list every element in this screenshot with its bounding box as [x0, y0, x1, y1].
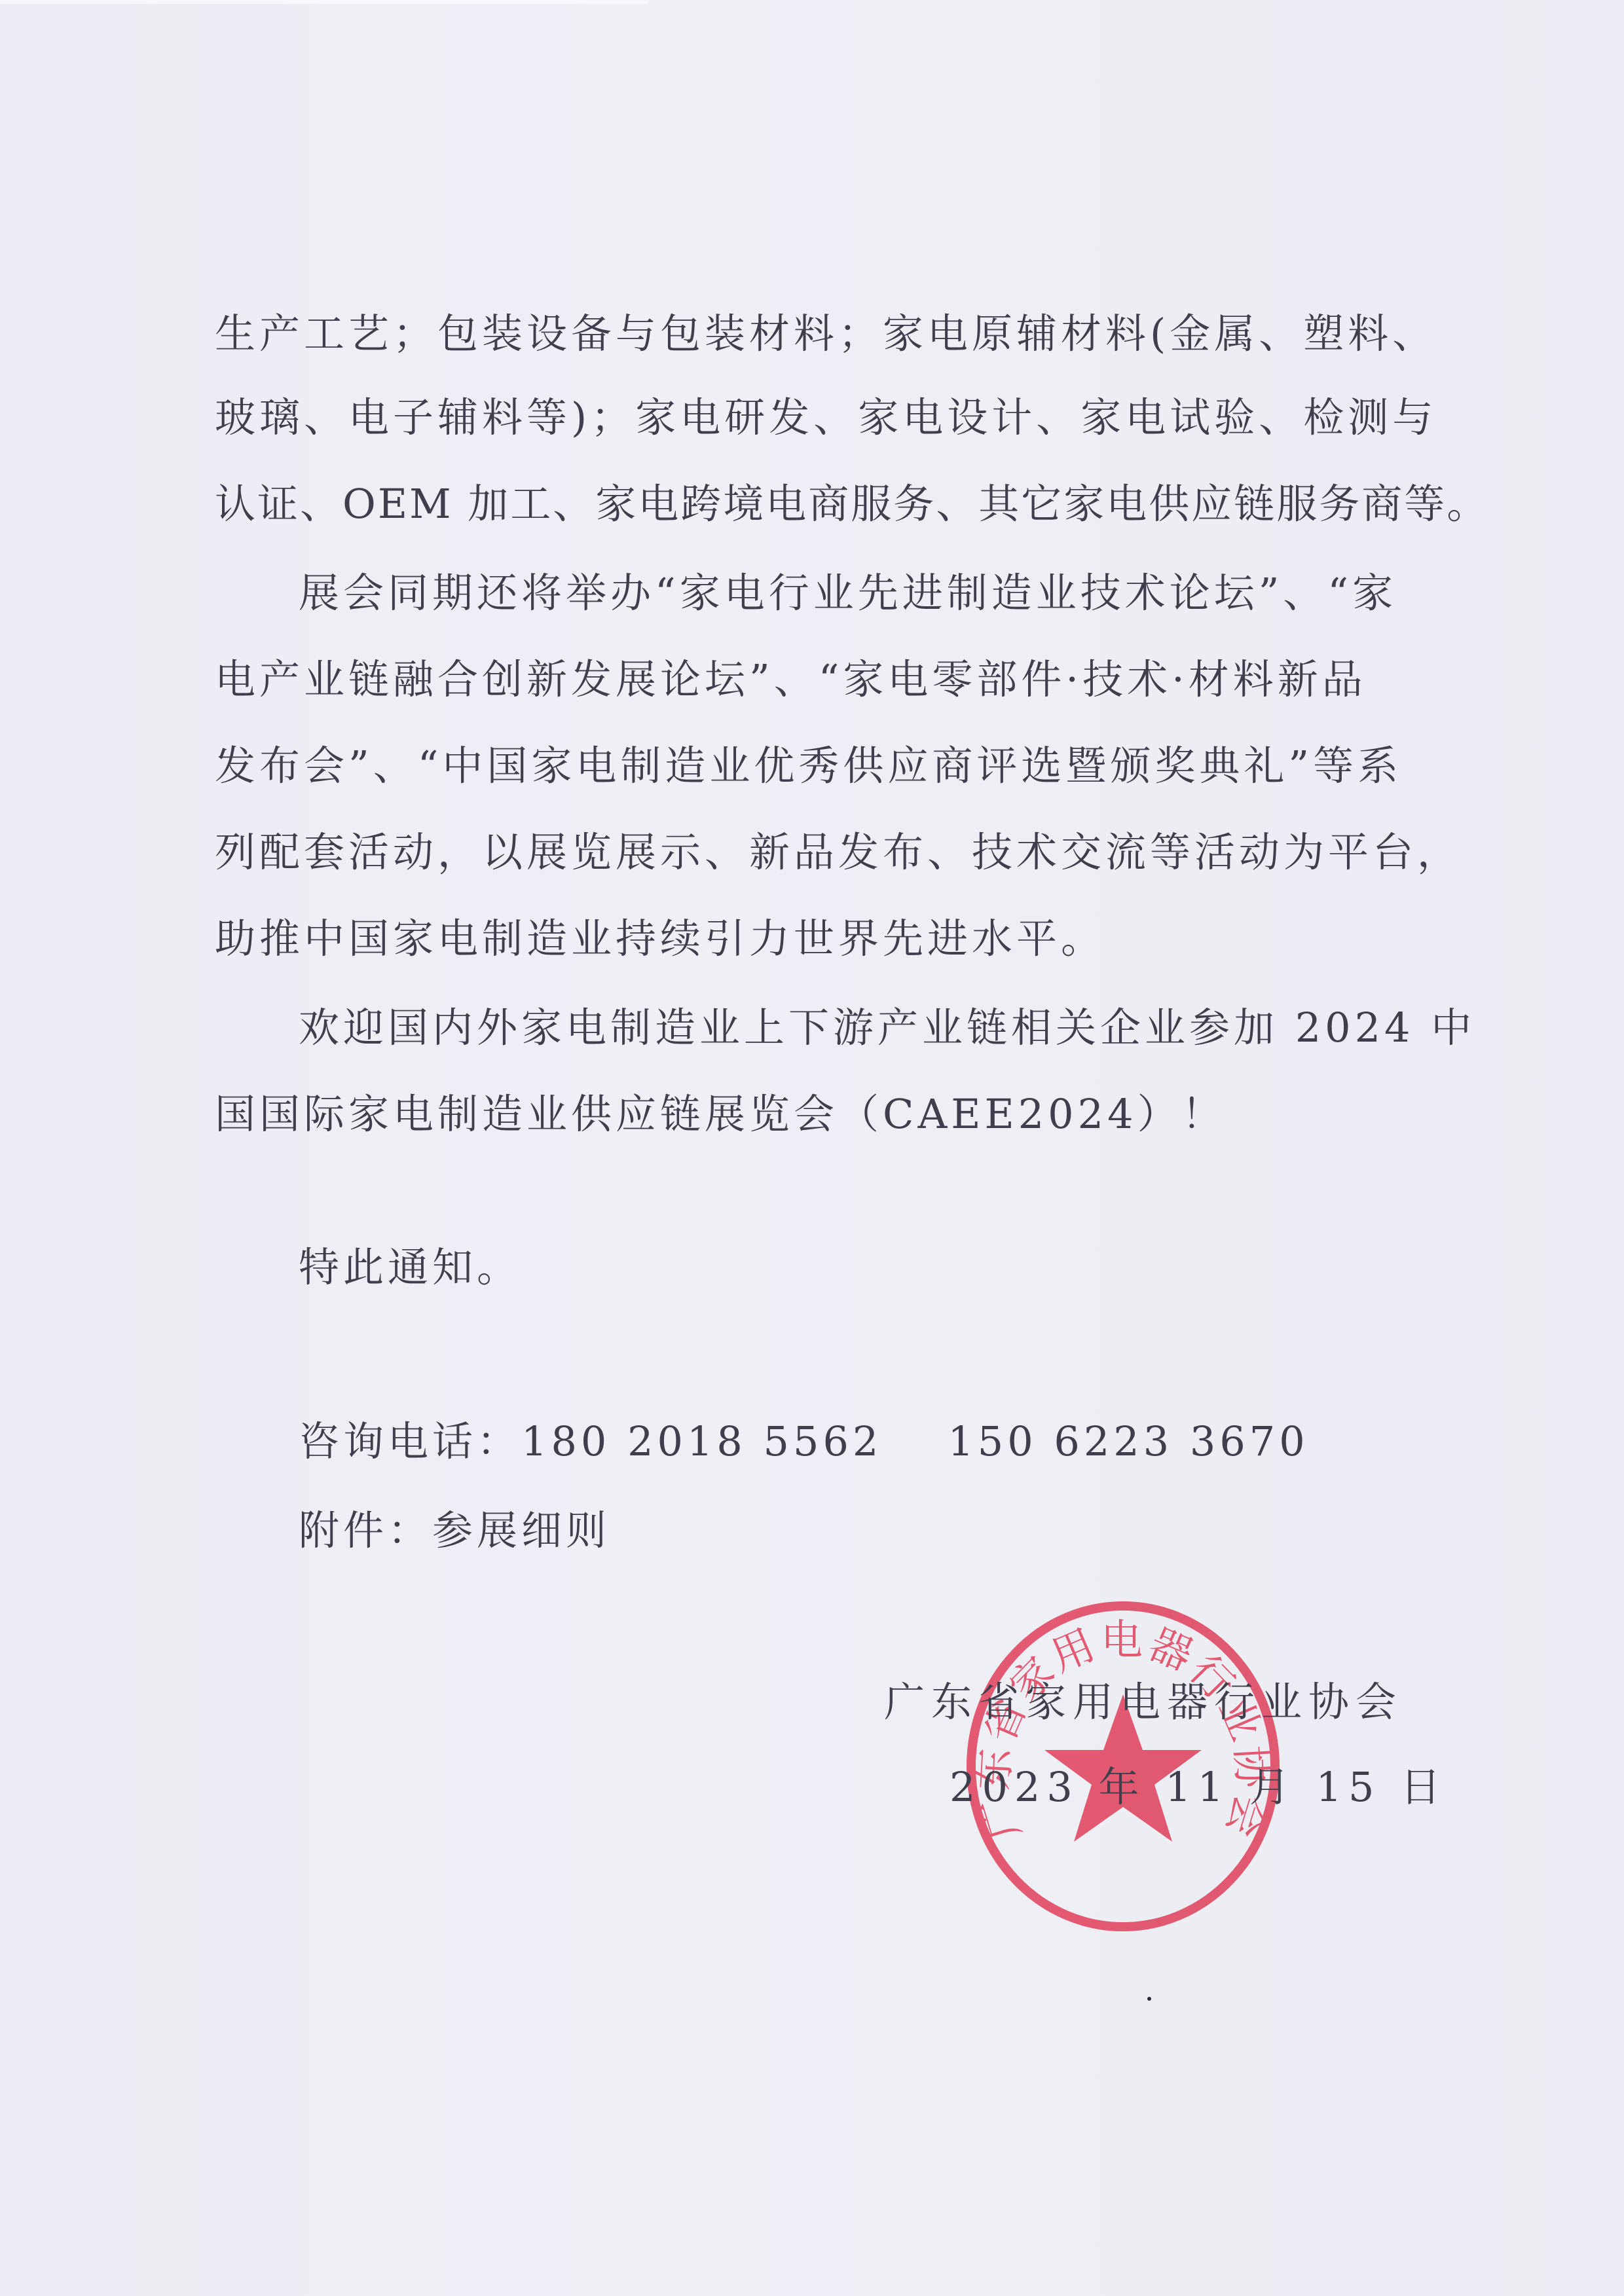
attachment-label: 附件： [299, 1506, 432, 1554]
signature-organization: 广东省家用电器行业协会 [884, 1676, 1403, 1728]
body-line: 列配套活动，以展览展示、新品发布、技术交流等活动为平台， [215, 826, 1462, 879]
body-line: 展会同期还将举办“家电行业先进制造业技术论坛”、“家 [299, 567, 1397, 619]
body-line: 欢迎国内外家电制造业上下游产业链相关企业参加 2024 中 [299, 1002, 1475, 1054]
contact-phone-1: 180 2018 5562 [521, 1417, 882, 1465]
contact-phone-2: 150 6223 3670 [948, 1417, 1308, 1465]
attachment-link[interactable]: 参展细则 [432, 1506, 610, 1554]
body-line: 玻璃、电子辅料等)；家电研发、家电设计、家电试验、检测与 [215, 392, 1437, 444]
document-page: 生产工艺；包装设备与包装材料；家电原辅材料(金属、塑料、 玻璃、电子辅料等)；家… [0, 0, 1624, 2296]
contact-line: 咨询电话：180 2018 5562150 6223 3670 [299, 1415, 1309, 1468]
body-line: 发布会”、“中国家电制造业优秀供应商评选暨颁奖典礼”等系 [215, 740, 1402, 792]
closing-text: 特此通知。 [299, 1241, 521, 1294]
attachment-line: 附件：参展细则 [299, 1504, 610, 1557]
body-line: 国国际家电制造业供应链展览会（CAEE2024）！ [215, 1088, 1227, 1140]
scan-edge [0, 0, 648, 4]
body-line: 助推中国家电制造业持续引力世界先进水平。 [215, 913, 1105, 965]
body-line: 电产业链融合创新发展论坛”、“家电零部件·技术·材料新品 [215, 653, 1367, 706]
signature-date: 2023 年 11 月 15 日 [950, 1761, 1447, 1813]
body-line: 生产工艺；包装设备与包装材料；家电原辅材料(金属、塑料、 [215, 308, 1437, 360]
body-line: 认证、OEM 加工、家电跨境电商服务、其它家电供应链服务商等。 [215, 478, 1489, 530]
scan-speck [1147, 1997, 1151, 2001]
contact-label: 咨询电话： [299, 1417, 521, 1465]
